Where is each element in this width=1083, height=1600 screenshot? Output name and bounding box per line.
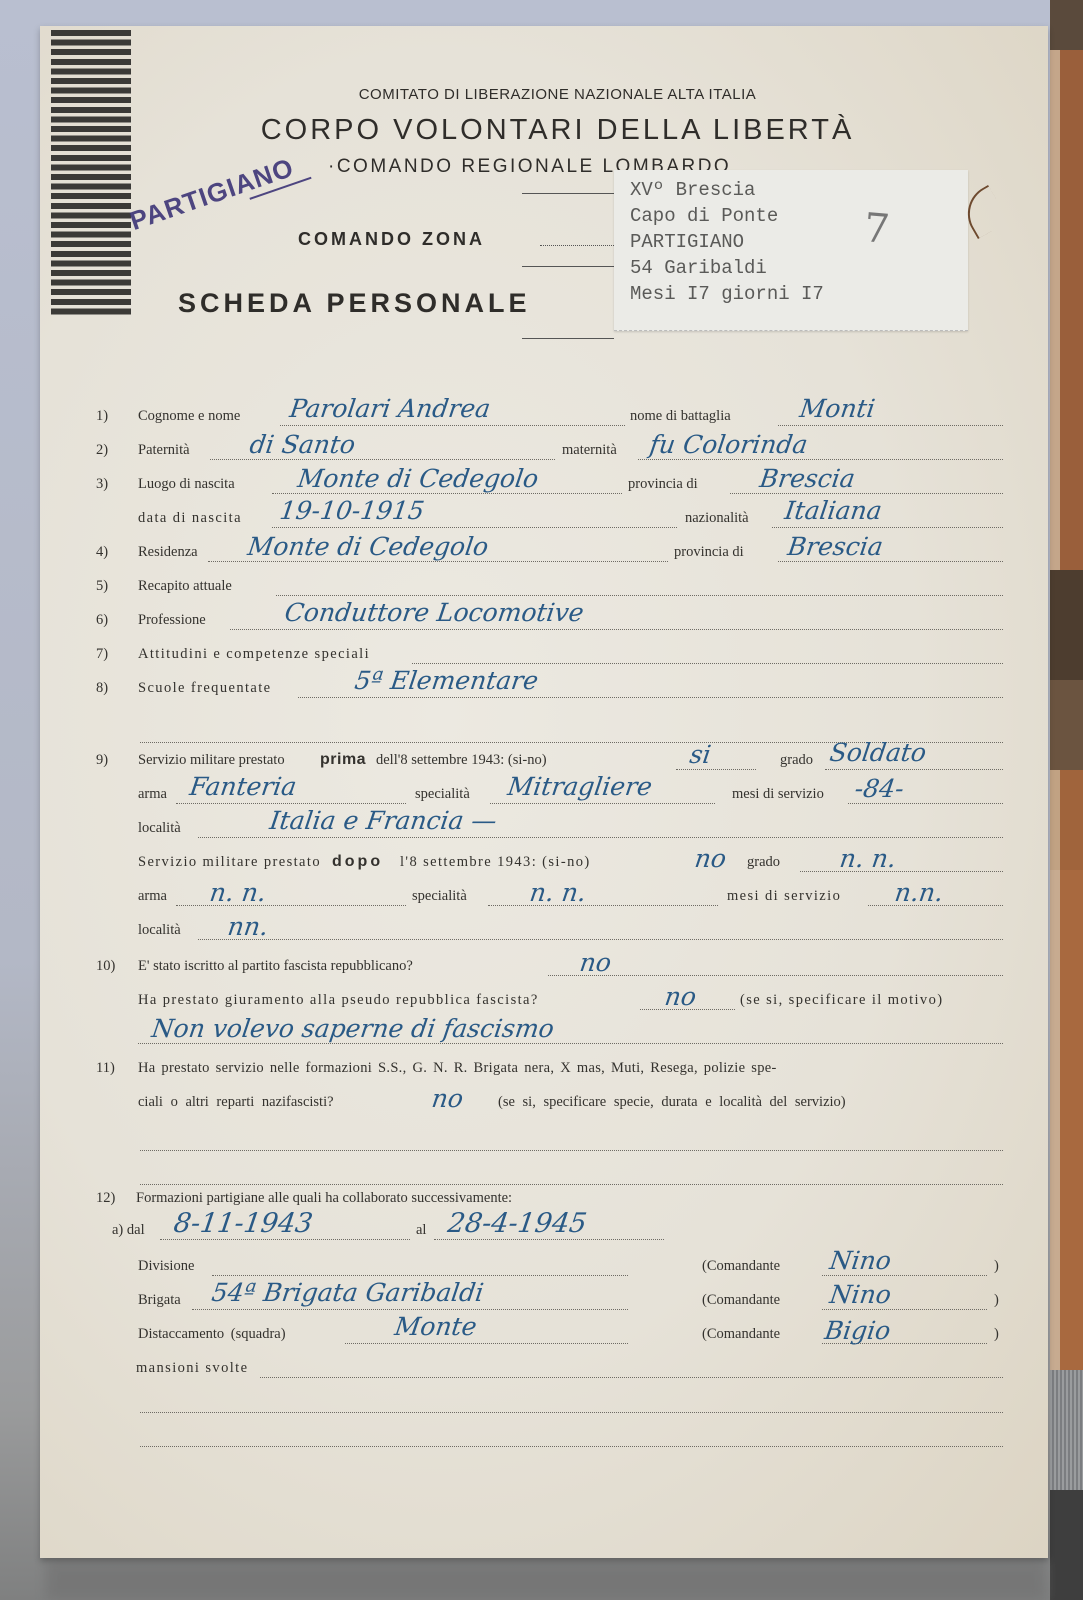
field-number: 6) xyxy=(96,612,108,629)
dotted-line xyxy=(490,803,715,804)
oath-reason-row: Non volevo saperne di fascismo xyxy=(40,1026,1048,1056)
dotted-line xyxy=(272,527,677,528)
field-label: (se si, specificare il motivo) xyxy=(740,992,943,1009)
field-number: 2) xyxy=(96,442,108,459)
partigiano-stamp: PARTIGIANO xyxy=(126,152,298,237)
before-months-value[interactable]: -84- xyxy=(853,774,906,803)
field-label: nome di battaglia xyxy=(630,408,731,425)
field-number: 9) xyxy=(96,752,108,769)
field-label-bold: dopo xyxy=(332,853,383,871)
before-specialty-value[interactable]: Mitragliere xyxy=(506,772,654,801)
nationality-value[interactable]: Italiana xyxy=(783,496,884,525)
nazi-formations-row: 11) Ha prestato servizio nelle formazion… xyxy=(40,1060,1048,1090)
dotted-line xyxy=(345,1343,628,1344)
dotted-line xyxy=(176,803,406,804)
typed-label-slip: XVº Brescia Capo di Ponte PARTIGIANO 54 … xyxy=(614,170,968,331)
nazi-formations-answer-row: ciali o altri reparti nazifascisti? no (… xyxy=(40,1094,1048,1124)
before-grade-value[interactable]: Soldato xyxy=(828,738,928,767)
duties-field[interactable] xyxy=(140,1412,1003,1413)
field-label-bold: prima xyxy=(320,751,366,769)
dotted-line xyxy=(210,459,555,460)
field-label: dell'8 settembre 1943: (si-no) xyxy=(376,752,547,769)
brigade-row: Brigata 54ª Brigata Garibaldi (Comandant… xyxy=(40,1292,1048,1322)
division-field[interactable] xyxy=(212,1275,628,1276)
field-row-residence: 4) Residenza Monte di Cedegolo provincia… xyxy=(40,544,1048,574)
dotted-line xyxy=(160,1239,410,1240)
slip-line: Capo di Ponte xyxy=(630,204,778,229)
field-number: 11) xyxy=(96,1060,115,1077)
residence-value[interactable]: Monte di Cedegolo xyxy=(246,532,490,561)
partisan-to-date[interactable]: 28-4-1945 xyxy=(446,1208,589,1239)
division-commander-value[interactable]: Nino xyxy=(828,1246,893,1275)
fascist-party-answer[interactable]: no xyxy=(578,948,613,977)
special-skills-field[interactable] xyxy=(412,663,1003,664)
field-number: 5) xyxy=(96,578,108,595)
field-label: Servizio militare prestato xyxy=(138,752,285,769)
dotted-line xyxy=(298,697,1003,698)
zone-command-label: COMANDO ZONA xyxy=(298,229,485,250)
birthplace-value[interactable]: Monte di Cedegolo xyxy=(296,464,540,493)
field-label: Distaccamento (squadra) xyxy=(138,1326,286,1343)
dotted-line xyxy=(676,769,756,770)
field-label: l'8 settembre 1943: (si-no) xyxy=(400,854,591,871)
duties-field[interactable] xyxy=(260,1377,1003,1378)
dotted-line xyxy=(638,459,1003,460)
field-label: Brigata xyxy=(138,1292,181,1309)
dotted-line xyxy=(138,1043,1003,1044)
field-label: Attitudini e competenze speciali xyxy=(138,646,370,663)
after-service-answer[interactable]: no xyxy=(693,844,728,873)
field-label: provincia di xyxy=(628,476,698,493)
divider xyxy=(522,266,614,267)
duties-row: mansioni svolte xyxy=(40,1360,1048,1390)
military-after-place-row: località nn. xyxy=(40,922,1048,952)
field-label: arma xyxy=(138,888,167,905)
field-label: mansioni svolte xyxy=(136,1360,248,1377)
field-row-parents: 2) Paternità di Santo maternità fu Color… xyxy=(40,442,1048,472)
current-address-field[interactable] xyxy=(276,595,1003,596)
detachment-row: Distaccamento (squadra) Monte (Comandant… xyxy=(40,1326,1048,1356)
schools-value[interactable]: 5ª Elementare xyxy=(353,666,540,695)
field-label: Divisione xyxy=(138,1258,194,1275)
field-label: (Comandante xyxy=(702,1326,780,1343)
field-row-name: 1) Cognome e nome Parolari Andrea nome d… xyxy=(40,408,1048,438)
after-months-value[interactable]: n.n. xyxy=(893,878,945,907)
field-label: (Comandante xyxy=(702,1258,780,1275)
nazi-formations-answer[interactable]: no xyxy=(430,1084,465,1113)
partisan-period-row: a) dal 8-11-1943 al 28-4-1945 xyxy=(40,1222,1048,1252)
duties-field[interactable] xyxy=(140,1446,1003,1447)
dotted-line xyxy=(208,561,668,562)
field-row-profession: 6) Professione Conduttore Locomotive xyxy=(40,612,1048,642)
oath-reason-value[interactable]: Non volevo saperne di fascismo xyxy=(150,1014,556,1043)
striped-margin-bar xyxy=(51,30,131,318)
field-label: maternità xyxy=(562,442,617,459)
dotted-line xyxy=(800,871,1003,872)
field-label: ciali o altri reparti nazifascisti? xyxy=(138,1094,334,1111)
field-label: data di nascita xyxy=(138,510,242,527)
field-label: specialità xyxy=(415,786,470,803)
field-row-skills: 7) Attitudini e competenze speciali xyxy=(40,646,1048,676)
military-after-arm-row: arma n. n. specialità n. n. mesi di serv… xyxy=(40,888,1048,918)
after-arm-value[interactable]: n. n. xyxy=(208,878,268,907)
field-label: Residenza xyxy=(138,544,198,561)
field-label: (se si, specificare specie, durata e loc… xyxy=(498,1094,846,1111)
maternity-value[interactable]: fu Colorinda xyxy=(648,430,810,459)
zone-command-field[interactable] xyxy=(540,245,620,246)
partisan-from-date[interactable]: 8-11-1943 xyxy=(172,1208,315,1239)
field-label: specialità xyxy=(412,888,467,905)
dotted-line xyxy=(778,561,1003,562)
battle-name-value[interactable]: Monti xyxy=(798,394,877,423)
binder-edge xyxy=(1050,0,1083,1600)
field-label: arma xyxy=(138,786,167,803)
divider xyxy=(522,193,614,194)
fascist-party-row: 10) E' stato iscritto al partito fascist… xyxy=(40,958,1048,988)
detachment-commander-value[interactable]: Bigio xyxy=(823,1316,892,1345)
dotted-line xyxy=(280,425,625,426)
division-row: Divisione (Comandante Nino ) xyxy=(40,1258,1048,1288)
field-label: provincia di xyxy=(674,544,744,561)
brigade-commander-value[interactable]: Nino xyxy=(828,1280,893,1309)
field-label: grado xyxy=(747,854,780,871)
after-grade-value[interactable]: n. n. xyxy=(838,844,898,873)
field-label: Recapito attuale xyxy=(138,578,232,595)
dotted-line xyxy=(772,527,1003,528)
field-label: Servizio militare prestato xyxy=(138,854,321,871)
paper-shadow xyxy=(46,1560,1046,1600)
residence-province-value[interactable]: Brescia xyxy=(786,532,885,561)
form-title: SCHEDA PERSONALE xyxy=(178,288,531,319)
before-service-answer[interactable]: si xyxy=(688,740,713,769)
personal-record-form: COMITATO DI LIBERAZIONE NAZIONALE ALTA I… xyxy=(40,26,1048,1558)
field-label: ) xyxy=(994,1292,999,1309)
field-label: Scuole frequentate xyxy=(138,680,272,697)
before-arm-value[interactable]: Fanteria xyxy=(188,772,298,801)
field-label: ) xyxy=(994,1258,999,1275)
nazi-details-field[interactable] xyxy=(140,1184,1003,1185)
dotted-line xyxy=(822,1275,987,1276)
field-number: 10) xyxy=(96,958,115,975)
after-place-value[interactable]: nn. xyxy=(226,912,270,941)
field-number: 8) xyxy=(96,680,108,697)
field-row-schools: 8) Scuole frequentate 5ª Elementare xyxy=(40,680,1048,710)
field-label: (Comandante xyxy=(702,1292,780,1309)
field-label: mesi di servizio xyxy=(727,888,841,905)
dotted-line xyxy=(434,1239,664,1240)
field-number: 4) xyxy=(96,544,108,561)
surname-name-value[interactable]: Parolari Andrea xyxy=(288,394,492,423)
dotted-line xyxy=(825,769,1003,770)
nazi-details-field[interactable] xyxy=(140,1150,1003,1151)
birth-province-value[interactable]: Brescia xyxy=(758,464,857,493)
field-label: al xyxy=(416,1222,426,1239)
dotted-line xyxy=(488,905,718,906)
field-label: nazionalità xyxy=(685,510,749,527)
dotted-line xyxy=(192,1309,628,1310)
military-before-arm-row: arma Fanteria specialità Mitragliere mes… xyxy=(40,786,1048,816)
field-label: Formazioni partigiane alle quali ha coll… xyxy=(136,1190,512,1207)
dotted-line xyxy=(730,493,1003,494)
slip-line: PARTIGIANO xyxy=(630,230,744,255)
field-row-birthdate: data di nascita 19-10-1915 nazionalità I… xyxy=(40,510,1048,540)
field-number: 1) xyxy=(96,408,108,425)
slip-line: Mesi I7 giorni I7 xyxy=(630,282,824,307)
after-specialty-value[interactable]: n. n. xyxy=(528,878,588,907)
field-label: Professione xyxy=(138,612,206,629)
field-label: Luogo di nascita xyxy=(138,476,235,493)
slip-line: 54 Garibaldi xyxy=(630,256,767,281)
corps-heading: CORPO VOLONTARI DELLA LIBERTÀ xyxy=(40,114,1075,147)
birthdate-value[interactable]: 19-10-1915 xyxy=(278,496,426,525)
field-label: mesi di servizio xyxy=(732,786,824,803)
dotted-line xyxy=(848,803,1003,804)
field-number: 12) xyxy=(96,1190,115,1207)
dotted-line xyxy=(198,939,1003,940)
field-label: E' stato iscritto al partito fascista re… xyxy=(138,958,413,975)
field-label: ) xyxy=(994,1326,999,1343)
dotted-line xyxy=(272,493,622,494)
pencil-mark: 7 xyxy=(862,205,891,253)
field-label: Cognome e nome xyxy=(138,408,240,425)
dotted-line xyxy=(822,1309,987,1310)
field-number: 7) xyxy=(96,646,108,663)
brigade-value[interactable]: 54ª Brigata Garibaldi xyxy=(210,1278,486,1307)
field-row-birthplace: 3) Luogo di nascita Monte di Cedegolo pr… xyxy=(40,476,1048,506)
field-label: grado xyxy=(780,752,813,769)
before-place-value[interactable]: Italia e Francia — xyxy=(268,806,499,835)
dotted-line xyxy=(778,425,1003,426)
dotted-line xyxy=(230,629,1003,630)
fascist-oath-answer[interactable]: no xyxy=(663,982,698,1011)
dotted-line xyxy=(198,837,1003,838)
field-label: Ha prestato giuramento alla pseudo repub… xyxy=(138,992,539,1009)
field-label: località xyxy=(138,922,181,939)
field-label: località xyxy=(138,820,181,837)
detachment-value[interactable]: Monte xyxy=(393,1312,479,1341)
committee-heading: COMITATO DI LIBERAZIONE NAZIONALE ALTA I… xyxy=(40,86,1075,103)
field-number: 3) xyxy=(96,476,108,493)
field-label: Paternità xyxy=(138,442,190,459)
field-label: a) dal xyxy=(112,1222,145,1239)
field-label: Ha prestato servizio nelle formazioni S.… xyxy=(138,1060,777,1077)
divider xyxy=(522,338,614,339)
profession-value[interactable]: Conduttore Locomotive xyxy=(283,598,586,627)
paternity-value[interactable]: di Santo xyxy=(248,430,357,459)
slip-line: XVº Brescia xyxy=(630,178,755,203)
dotted-line xyxy=(548,975,1003,976)
